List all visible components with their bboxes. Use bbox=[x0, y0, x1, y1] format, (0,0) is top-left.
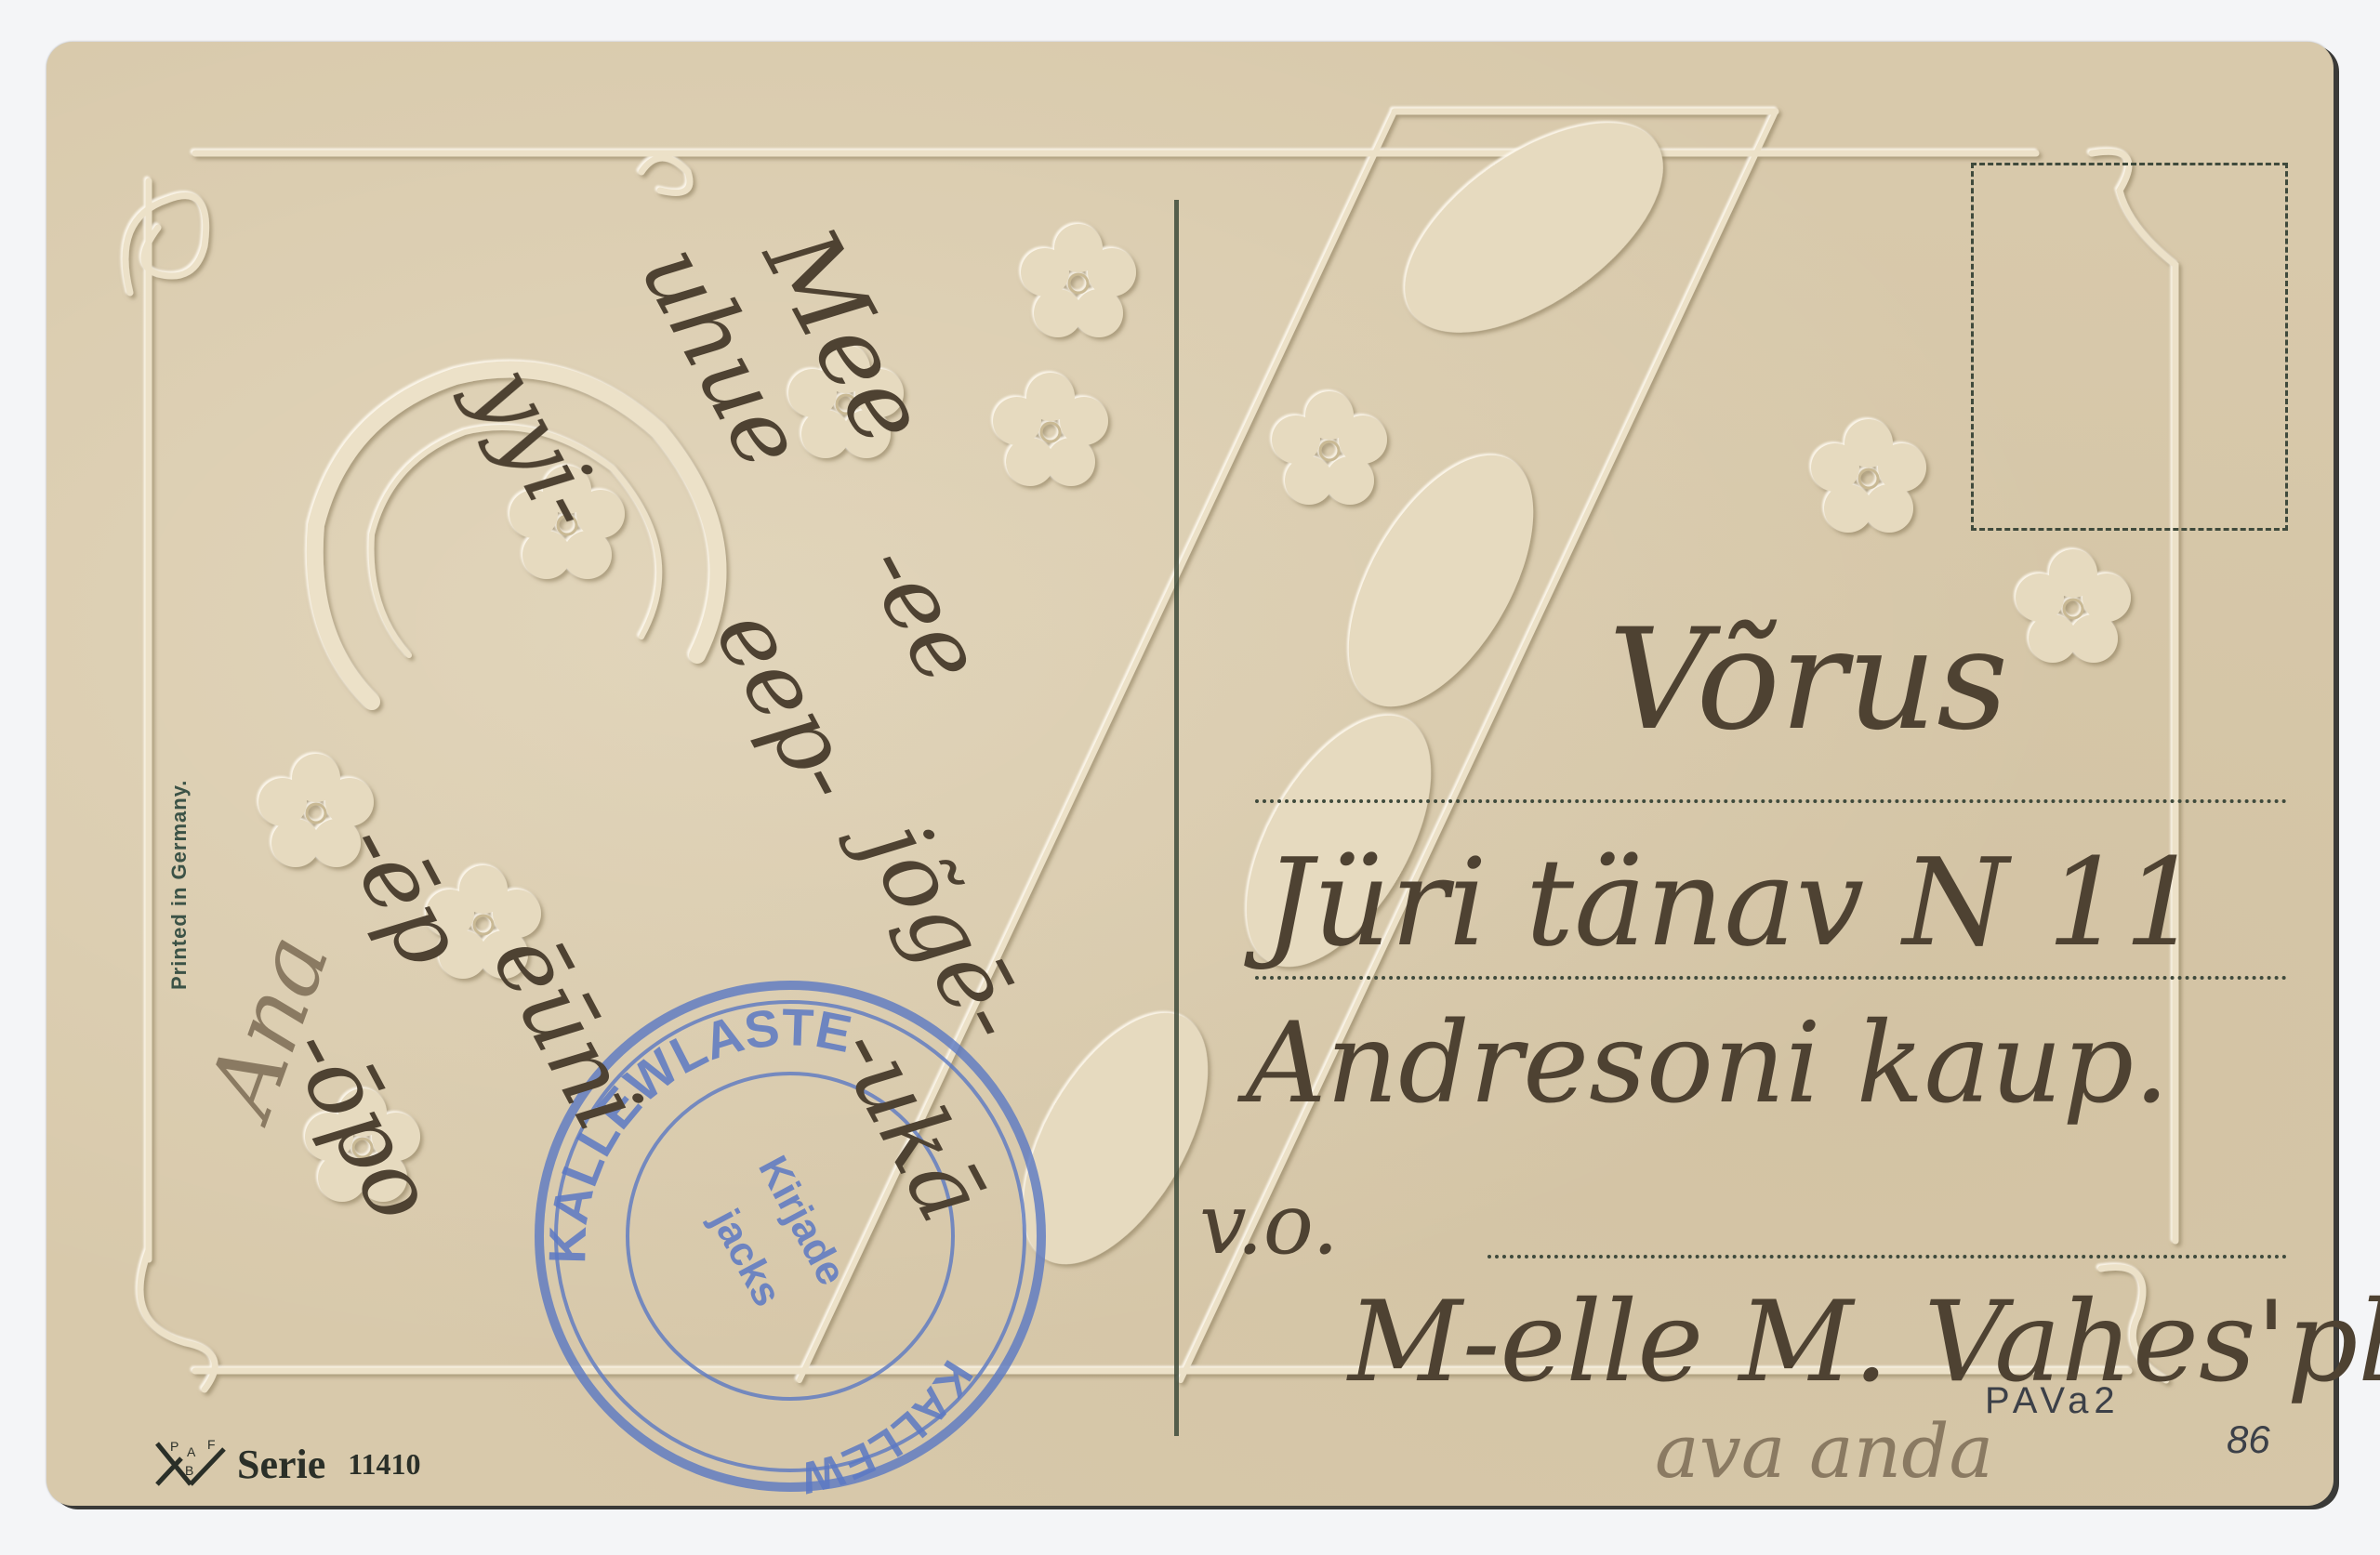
message-line-6: yyi- bbox=[453, 349, 627, 547]
address-abbr: v.o. bbox=[1199, 1176, 1339, 1273]
publisher-series: P A F B Serie 11410 bbox=[153, 1436, 421, 1492]
address-extra: ava anda bbox=[1655, 1408, 1993, 1495]
postage-stamp-box bbox=[1971, 163, 2288, 531]
address-street: Jüri tänav N 11 bbox=[1264, 832, 2201, 973]
printed-in-germany: Printed in Germany. bbox=[167, 780, 192, 990]
svg-text:F: F bbox=[207, 1437, 216, 1452]
svg-text:P: P bbox=[170, 1439, 178, 1454]
message-line-4: eep- bbox=[694, 590, 885, 819]
center-divider-line bbox=[1174, 200, 1179, 1436]
series-label: Serie bbox=[237, 1441, 325, 1488]
address-line-2 bbox=[1255, 976, 2287, 980]
svg-text:A: A bbox=[187, 1444, 196, 1459]
address-line-1 bbox=[1255, 799, 2287, 803]
svg-text:B: B bbox=[185, 1463, 193, 1478]
address-city: Võrus bbox=[1608, 600, 2008, 761]
postcard: Printed in Germany. P A F B Serie 11410 … bbox=[46, 42, 2334, 1506]
address-recipient: M-elle M. Vahes'ple bbox=[1348, 1278, 2380, 1407]
pencil-code: PAVa2 bbox=[1985, 1380, 2121, 1422]
address-house: Andresoni kaup. bbox=[1246, 999, 2169, 1128]
paf-publisher-logo-icon: P A F B bbox=[153, 1436, 228, 1492]
series-number: 11410 bbox=[348, 1447, 420, 1482]
message-line-2: -ee bbox=[843, 525, 1006, 701]
pencil-number: 86 bbox=[2227, 1417, 2270, 1462]
address-line-3 bbox=[1487, 1255, 2287, 1258]
